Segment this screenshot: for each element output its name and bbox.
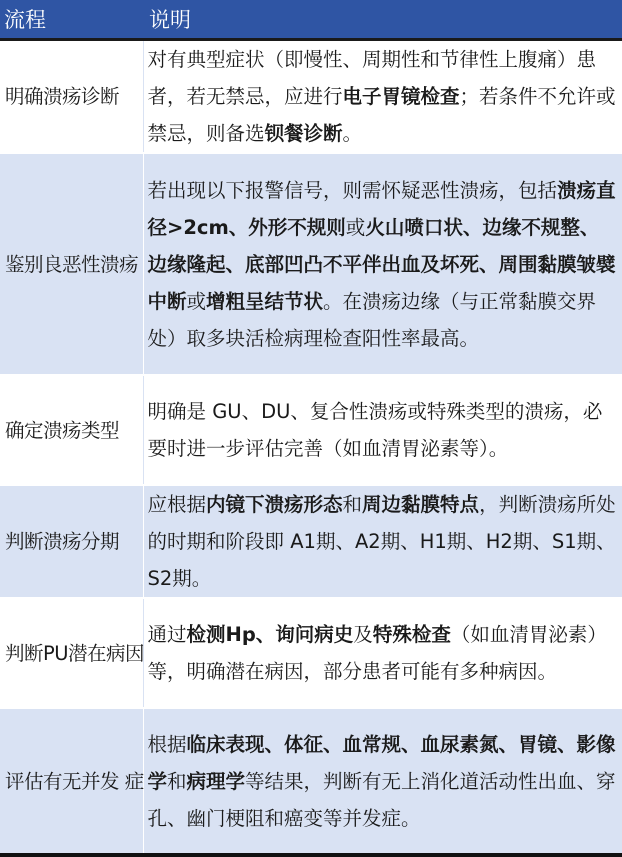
header-row: 流程 说明: [0, 0, 622, 40]
description-text: 或: [346, 216, 366, 239]
description-cell: 明确是 GU、DU、复合性溃疡或特殊类型的溃疡，必要时进一步评估完善（如血清胃泌…: [143, 375, 622, 485]
description-text: 应根据: [148, 493, 207, 516]
emphasis-text: 特殊检查: [373, 623, 451, 646]
description-text: 和: [343, 493, 363, 516]
step-cell: 明确溃疡诊断: [0, 40, 143, 154]
emphasis-text: 电子胃镜检查: [343, 85, 460, 108]
header-description: 说明: [143, 0, 622, 40]
description-text: 和: [167, 770, 187, 793]
emphasis-text: 检测Hp、询问病史: [187, 623, 354, 646]
description-text: 及: [353, 623, 373, 646]
emphasis-text: 内镜下溃疡形态: [206, 493, 343, 516]
description-text: 若出现以下报警信号，则需怀疑恶性溃疡，包括: [148, 179, 558, 202]
table-row: 确定溃疡类型 明确是 GU、DU、复合性溃疡或特殊类型的溃疡，必要时进一步评估完…: [0, 375, 622, 485]
emphasis-text: 周边黏膜特点: [362, 493, 479, 516]
table-row: 鉴别良恶性溃疡 若出现以下报警信号，则需怀疑恶性溃疡，包括溃疡直径>2cm、外形…: [0, 153, 622, 375]
step-cell: 判断溃疡分期: [0, 485, 143, 598]
description-text: 。: [343, 122, 363, 145]
description-text: 通过: [148, 623, 187, 646]
description-cell: 根据临床表现、体征、血常规、血尿素氮、胃镜、影像学和病理学等结果，判断有无上消化…: [143, 708, 622, 855]
description-text: 明确是 GU、DU、复合性溃疡或特殊类型的溃疡，必要时进一步评估完善（如血清胃泌…: [148, 400, 603, 460]
step-cell: 鉴别良恶性溃疡: [0, 153, 143, 375]
table-row: 判断PU潜在病因 通过检测Hp、询问病史及特殊检查（如血清胃泌素）等，明确潜在病…: [0, 598, 622, 708]
description-cell: 若出现以下报警信号，则需怀疑恶性溃疡，包括溃疡直径>2cm、外形不规则或火山喷口…: [143, 153, 622, 375]
emphasis-text: 病理学: [187, 770, 246, 793]
step-cell: 评估有无并发 症: [0, 708, 143, 855]
description-cell: 对有典型症状（即慢性、周期性和节律性上腹痛）患者，若无禁忌，应进行电子胃镜检查；…: [143, 40, 622, 154]
header-process: 流程: [0, 0, 143, 40]
emphasis-text: 钡餐诊断: [265, 122, 343, 145]
step-cell: 判断PU潜在病因: [0, 598, 143, 708]
description-cell: 通过检测Hp、询问病史及特殊检查（如血清胃泌素）等，明确潜在病因，部分患者可能有…: [143, 598, 622, 708]
emphasis-text: 增粗呈结节状: [206, 290, 323, 313]
table-row: 判断溃疡分期 应根据内镜下溃疡形态和周边黏膜特点，判断溃疡所处的时期和阶段即 A…: [0, 485, 622, 598]
description-cell: 应根据内镜下溃疡形态和周边黏膜特点，判断溃疡所处的时期和阶段即 A1期、A2期、…: [143, 485, 622, 598]
description-text: 或: [187, 290, 207, 313]
description-text: 根据: [148, 733, 187, 756]
table-row: 评估有无并发 症 根据临床表现、体征、血常规、血尿素氮、胃镜、影像学和病理学等结…: [0, 708, 622, 855]
step-cell: 确定溃疡类型: [0, 375, 143, 485]
process-table: 流程 说明 明确溃疡诊断 对有典型症状（即慢性、周期性和节律性上腹痛）患者，若无…: [0, 0, 622, 857]
table-row: 明确溃疡诊断 对有典型症状（即慢性、周期性和节律性上腹痛）患者，若无禁忌，应进行…: [0, 40, 622, 154]
